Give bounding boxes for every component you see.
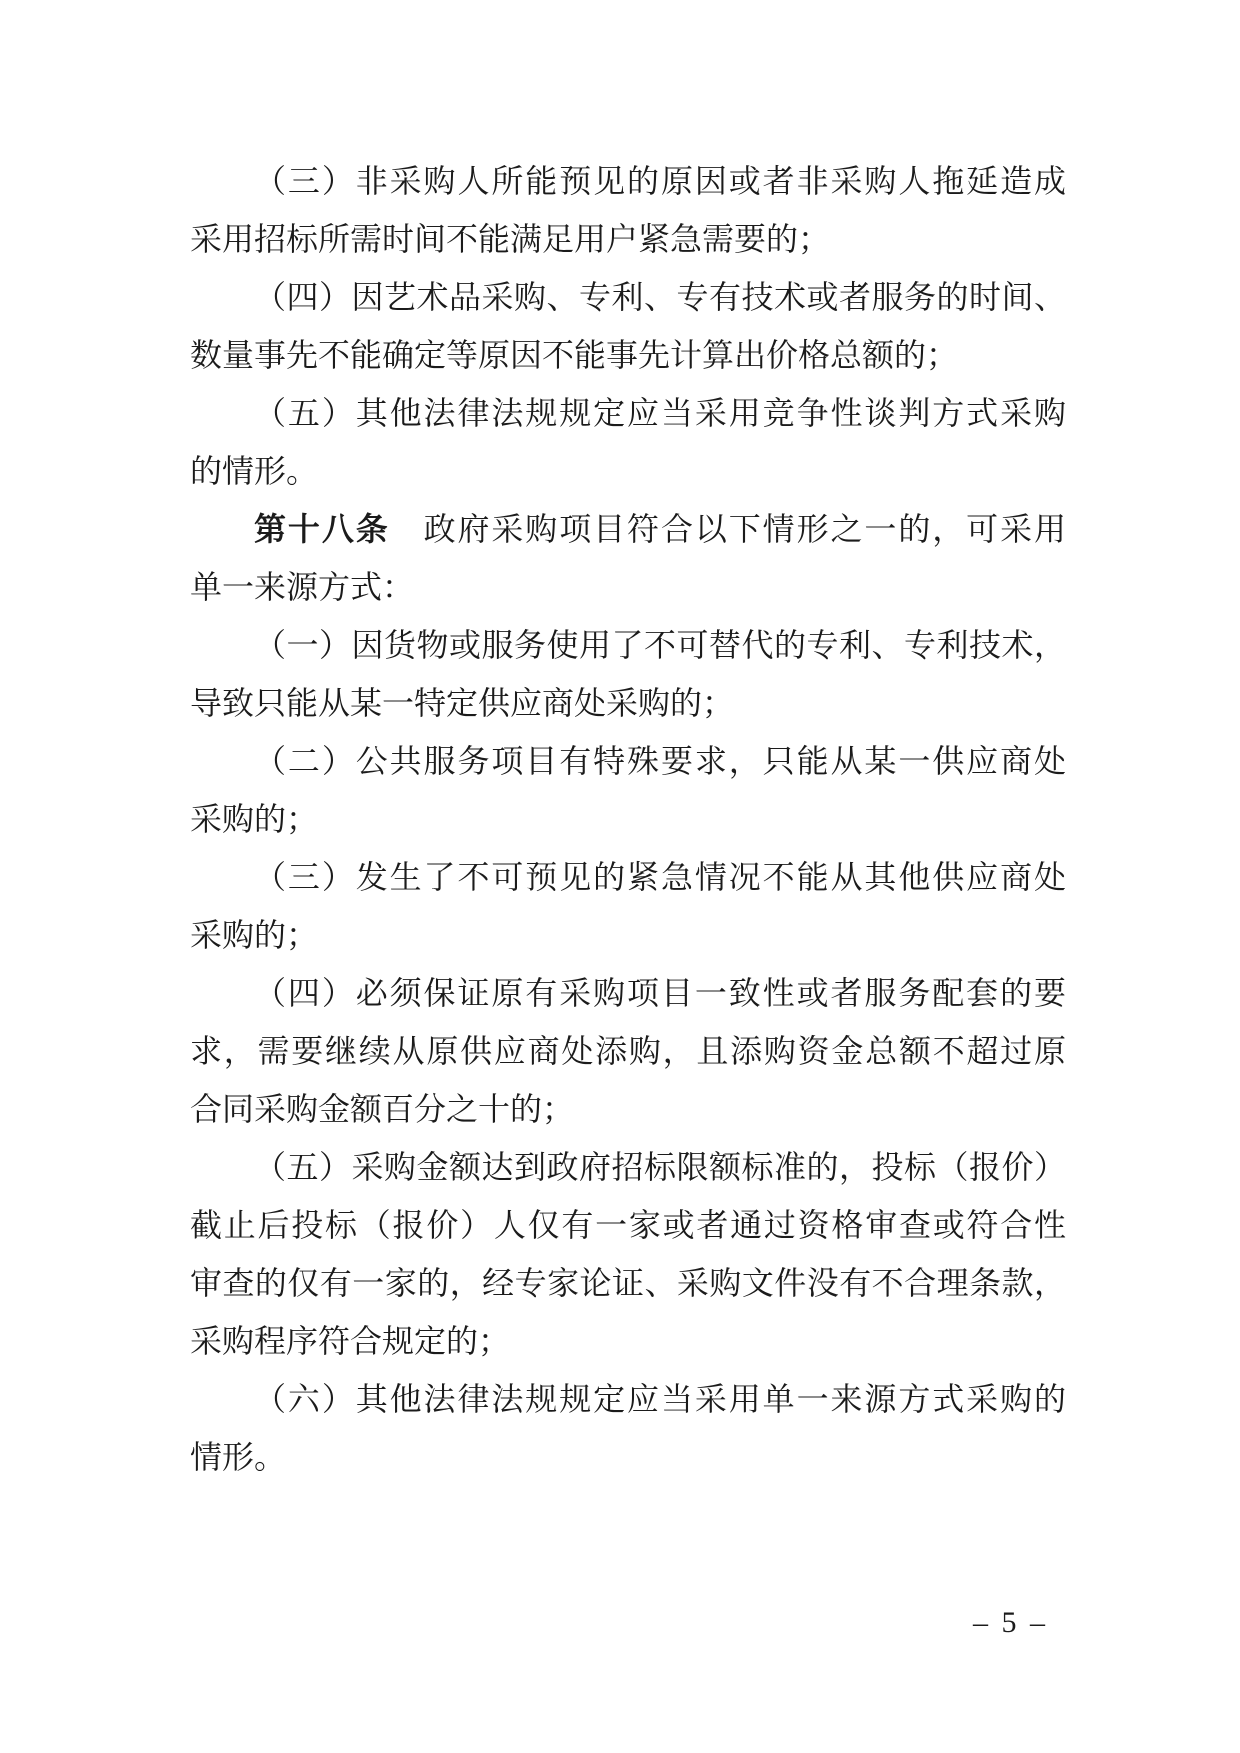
text-run: 情形。 [190, 1439, 286, 1475]
text-run: 采购的； [190, 801, 318, 837]
text-run: 采购程序符合规定的； [190, 1323, 510, 1359]
paragraph: （三）非采购人所能预见的原因或者非采购人拖延造成采用招标所需时间不能满足用户紧急… [190, 152, 1066, 268]
text-line: （四）因艺术品采购、专利、专有技术或者服务的时间、 [190, 268, 1066, 326]
text-line: 第十八条 政府采购项目符合以下情形之一的，可采用 [190, 500, 1066, 558]
text-line: 截止后投标（报价）人仅有一家或者通过资格审查或符合性 [190, 1196, 1066, 1254]
text-run: 政府采购项目符合以下情形之一的，可采用 [390, 511, 1066, 547]
document-body: （三）非采购人所能预见的原因或者非采购人拖延造成采用招标所需时间不能满足用户紧急… [190, 152, 1066, 1486]
text-line: 采购程序符合规定的； [190, 1312, 1066, 1370]
text-line: （六）其他法律法规规定应当采用单一来源方式采购的 [190, 1370, 1066, 1428]
text-line: 采购的； [190, 906, 1066, 964]
text-line: （五）其他法律法规规定应当采用竞争性谈判方式采购 [190, 384, 1066, 442]
text-run: 采用招标所需时间不能满足用户紧急需要的； [190, 221, 830, 257]
text-line: （一）因货物或服务使用了不可替代的专利、专利技术， [190, 616, 1066, 674]
text-run: （六）其他法律法规规定应当采用单一来源方式采购的 [254, 1381, 1066, 1417]
text-run: 的情形。 [190, 453, 318, 489]
text-run: 截止后投标（报价）人仅有一家或者通过资格审查或符合性 [190, 1207, 1066, 1243]
paragraph: 第十八条 政府采购项目符合以下情形之一的，可采用单一来源方式： [190, 500, 1066, 616]
text-line: 情形。 [190, 1428, 1066, 1486]
article-number: 第十八条 [254, 511, 390, 547]
text-run: （二）公共服务项目有特殊要求，只能从某一供应商处 [254, 743, 1066, 779]
text-run: （四）因艺术品采购、专利、专有技术或者服务的时间、 [254, 279, 1066, 315]
text-line: （三）发生了不可预见的紧急情况不能从其他供应商处 [190, 848, 1066, 906]
text-run: 单一来源方式： [190, 569, 414, 605]
text-line: （二）公共服务项目有特殊要求，只能从某一供应商处 [190, 732, 1066, 790]
text-run: （三）发生了不可预见的紧急情况不能从其他供应商处 [254, 859, 1066, 895]
text-run: 采购的； [190, 917, 318, 953]
paragraph: （六）其他法律法规规定应当采用单一来源方式采购的情形。 [190, 1370, 1066, 1486]
text-line: （五）采购金额达到政府招标限额标准的，投标（报价） [190, 1138, 1066, 1196]
text-line: 求，需要继续从原供应商处添购，且添购资金总额不超过原 [190, 1022, 1066, 1080]
text-line: 合同采购金额百分之十的； [190, 1080, 1066, 1138]
document-page: （三）非采购人所能预见的原因或者非采购人拖延造成采用招标所需时间不能满足用户紧急… [0, 0, 1240, 1753]
paragraph: （四）因艺术品采购、专利、专有技术或者服务的时间、数量事先不能确定等原因不能事先… [190, 268, 1066, 384]
text-line: 数量事先不能确定等原因不能事先计算出价格总额的； [190, 326, 1066, 384]
text-line: （四）必须保证原有采购项目一致性或者服务配套的要 [190, 964, 1066, 1022]
paragraph: （三）发生了不可预见的紧急情况不能从其他供应商处采购的； [190, 848, 1066, 964]
text-line: 导致只能从某一特定供应商处采购的； [190, 674, 1066, 732]
paragraph: （五）采购金额达到政府招标限额标准的，投标（报价）截止后投标（报价）人仅有一家或… [190, 1138, 1066, 1370]
text-line: 单一来源方式： [190, 558, 1066, 616]
text-line: （三）非采购人所能预见的原因或者非采购人拖延造成 [190, 152, 1066, 210]
page-number: – 5 – [973, 1604, 1048, 1642]
text-line: 审查的仅有一家的，经专家论证、采购文件没有不合理条款， [190, 1254, 1066, 1312]
paragraph: （一）因货物或服务使用了不可替代的专利、专利技术，导致只能从某一特定供应商处采购… [190, 616, 1066, 732]
text-run: 导致只能从某一特定供应商处采购的； [190, 685, 734, 721]
paragraph: （二）公共服务项目有特殊要求，只能从某一供应商处采购的； [190, 732, 1066, 848]
text-line: 采用招标所需时间不能满足用户紧急需要的； [190, 210, 1066, 268]
paragraph: （四）必须保证原有采购项目一致性或者服务配套的要求，需要继续从原供应商处添购，且… [190, 964, 1066, 1138]
text-run: 数量事先不能确定等原因不能事先计算出价格总额的； [190, 337, 958, 373]
text-run: （四）必须保证原有采购项目一致性或者服务配套的要 [254, 975, 1066, 1011]
text-run: （五）采购金额达到政府招标限额标准的，投标（报价） [254, 1149, 1066, 1185]
text-run: （三）非采购人所能预见的原因或者非采购人拖延造成 [254, 163, 1066, 199]
paragraph: （五）其他法律法规规定应当采用竞争性谈判方式采购的情形。 [190, 384, 1066, 500]
text-run: （五）其他法律法规规定应当采用竞争性谈判方式采购 [254, 395, 1066, 431]
text-run: 求，需要继续从原供应商处添购，且添购资金总额不超过原 [190, 1033, 1066, 1069]
text-line: 的情形。 [190, 442, 1066, 500]
text-run: 审查的仅有一家的，经专家论证、采购文件没有不合理条款， [190, 1265, 1066, 1301]
text-run: （一）因货物或服务使用了不可替代的专利、专利技术， [254, 627, 1066, 663]
text-run: 合同采购金额百分之十的； [190, 1091, 574, 1127]
text-line: 采购的； [190, 790, 1066, 848]
